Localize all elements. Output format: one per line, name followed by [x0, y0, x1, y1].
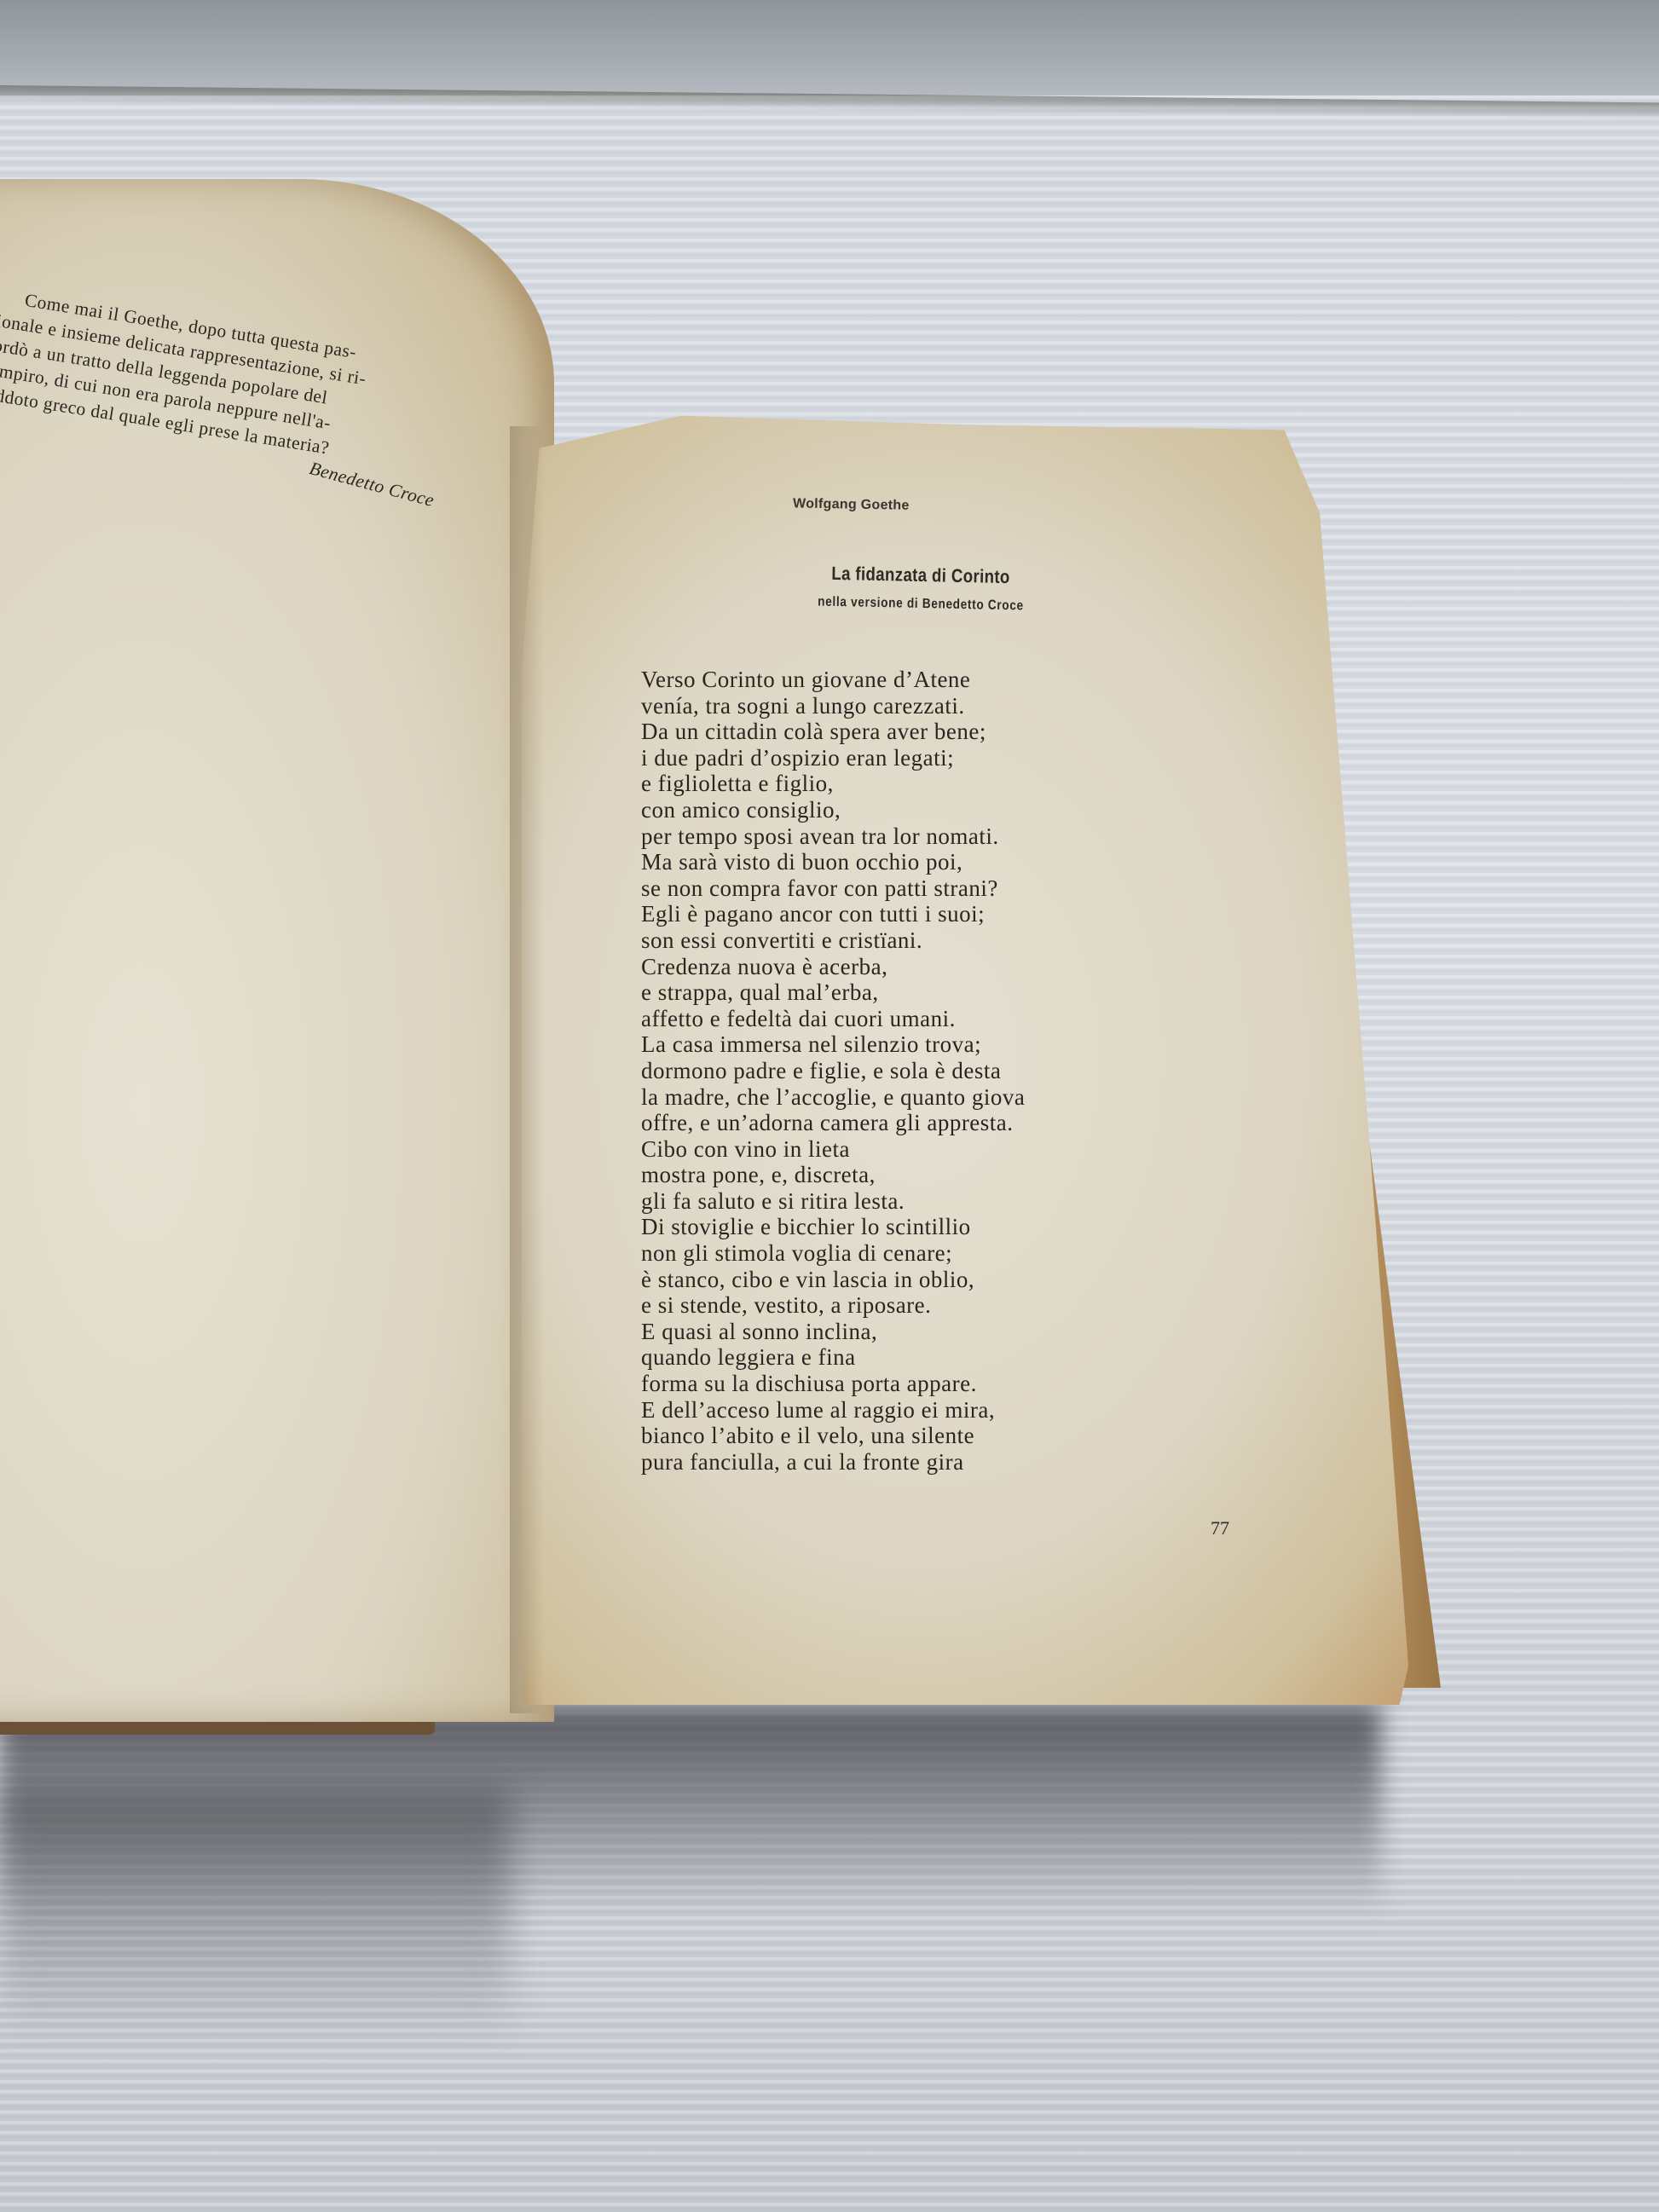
poem-line: quando leggiera e fina — [641, 1344, 1153, 1371]
poem-line: son essi convertiti e cristïani. — [641, 927, 1153, 954]
poem-line: la madre, che l’accoglie, e quanto giova — [641, 1084, 1153, 1111]
poem-line: i due padri d’ospizio eran legati; — [641, 745, 1153, 771]
poem-line: forma su la dischiusa porta appare. — [641, 1371, 1153, 1397]
poem-line: E quasi al sonno inclina, — [641, 1319, 1153, 1345]
book-shadow — [0, 1705, 1381, 1918]
poem-line: è stanco, cibo e vin lascia in oblio, — [641, 1267, 1153, 1293]
poem-line: venía, tra sogni a lungo carezzati. — [641, 693, 1153, 719]
poem-line: Ma sarà visto di buon occhio poi, — [641, 849, 1153, 875]
poem-line: E dell’acceso lume al raggio ei mira, — [641, 1397, 1153, 1424]
poem-line: e si stende, vestito, a riposare. — [641, 1292, 1153, 1319]
book-gutter — [510, 426, 544, 1713]
poem-line: Cibo con vino in lieta — [641, 1136, 1153, 1163]
poem-line: se non compra favor con patti strani? — [641, 875, 1153, 902]
poem-line: bianco l’abito e il velo, una silente — [641, 1423, 1153, 1449]
poem-line: Egli è pagano ancor con tutti i suoi; — [641, 901, 1153, 927]
poem-line: mostra pone, e, discreta, — [641, 1162, 1153, 1188]
background-top-band — [0, 0, 1659, 98]
poem-line: gli fa saluto e si ritira lesta. — [641, 1188, 1153, 1215]
poem-line: La casa immersa nel silenzio trova; — [641, 1031, 1153, 1058]
poem-line: e figlioletta e figlio, — [641, 771, 1153, 797]
poem-line: pura fanciulla, a cui la fronte gira — [641, 1449, 1153, 1476]
poem-line: affetto e fedeltà dai cuori umani. — [641, 1006, 1153, 1032]
poem-line: Di stoviglie e bicchier lo scintillio — [641, 1214, 1153, 1240]
poem-line: con amico consiglio, — [641, 797, 1153, 823]
poem-line: e strappa, qual mal’erba, — [641, 979, 1153, 1006]
poem-line: per tempo sposi avean tra lor nomati. — [641, 823, 1153, 850]
poem-line: non gli stimola voglia di cenare; — [641, 1240, 1153, 1267]
poem-body: Verso Corinto un giovane d’Atene venía, … — [641, 667, 1153, 1475]
poem-line: Da un cittadin colà spera aver bene; — [641, 719, 1153, 745]
poem-line: Credenza nuova è acerba, — [641, 954, 1153, 980]
poem-line: offre, e un’adorna camera gli appresta. — [641, 1110, 1153, 1136]
page-number: 77 — [1211, 1517, 1229, 1539]
poem-line: Verso Corinto un giovane d’Atene — [641, 667, 1153, 693]
poem-line: dormono padre e figlie, e sola è desta — [641, 1058, 1153, 1084]
